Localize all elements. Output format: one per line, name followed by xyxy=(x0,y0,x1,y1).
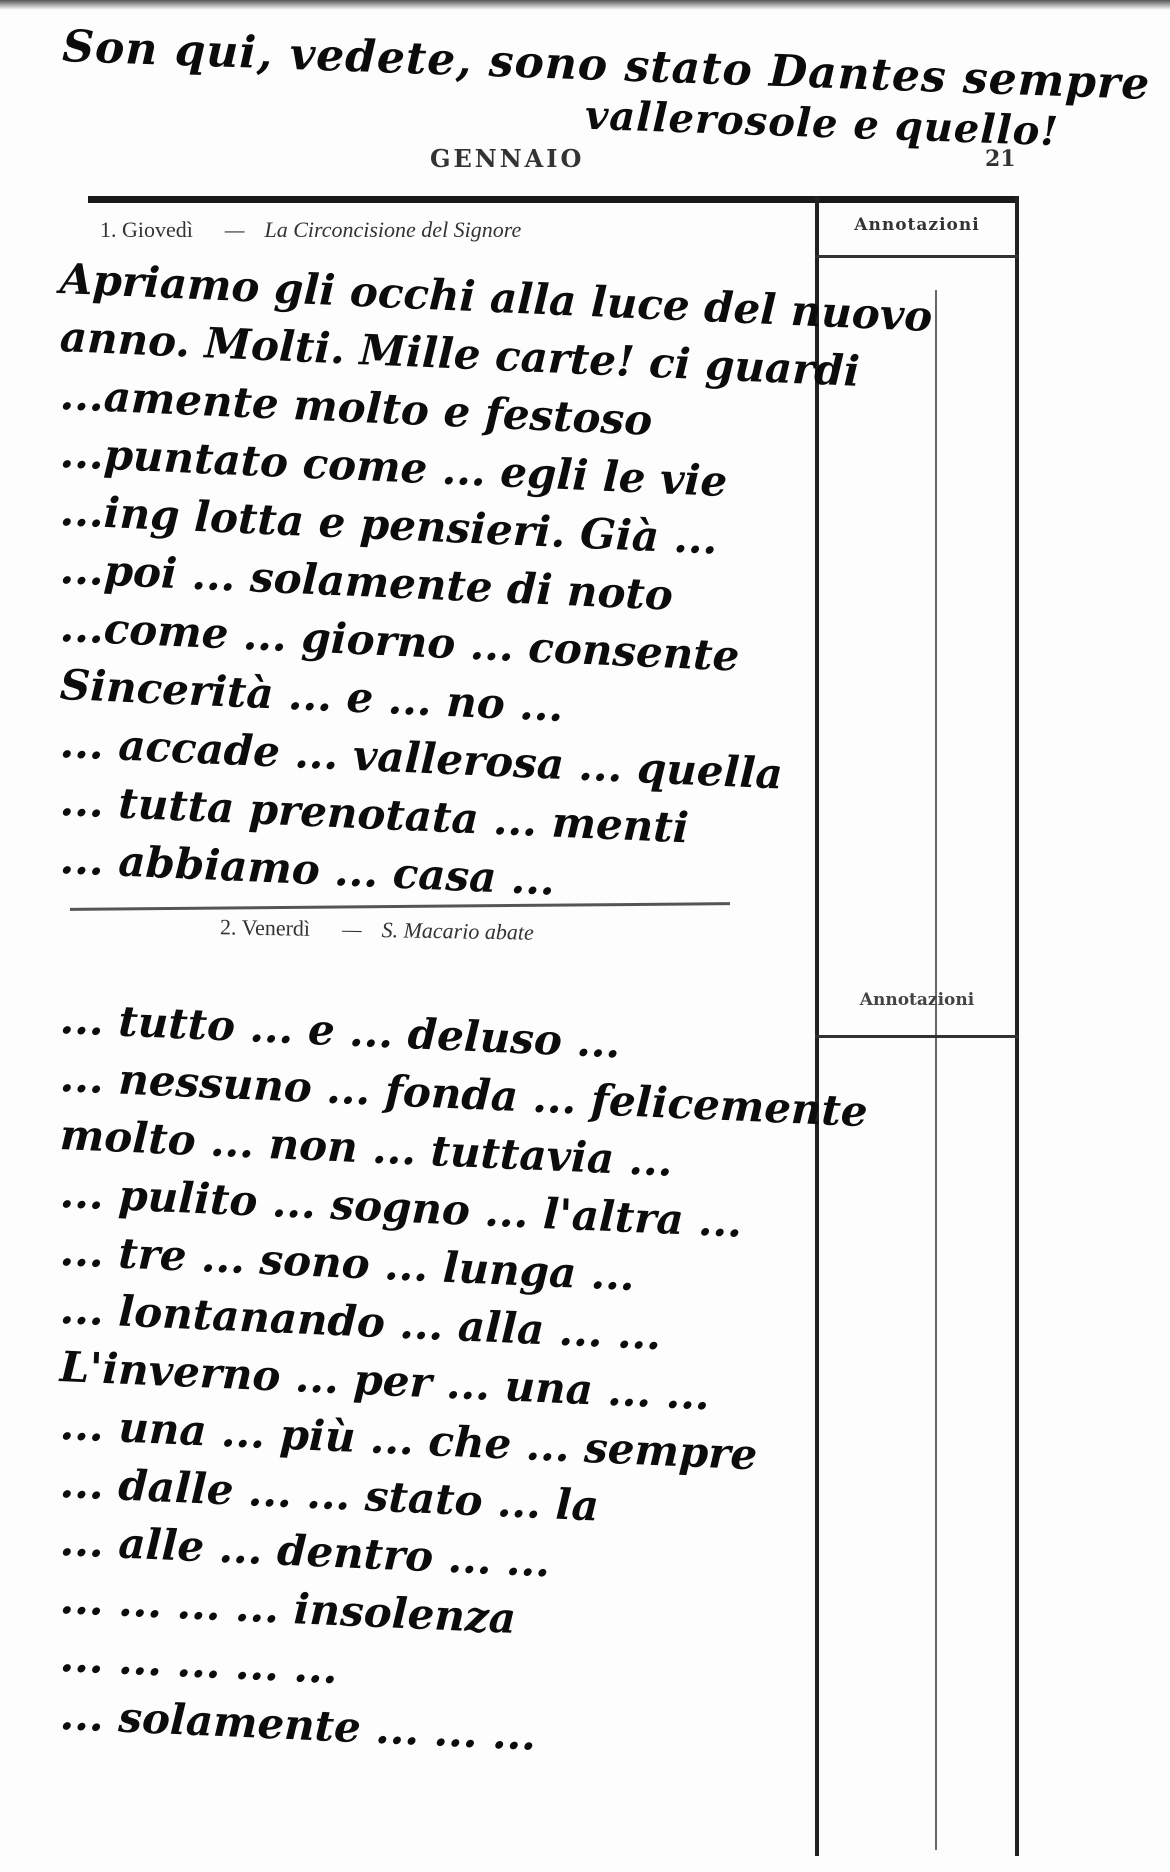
day-header-2: 2. Venerdì — S. Macario abate xyxy=(220,907,534,952)
scan-edge xyxy=(0,0,1170,10)
day-label: 2. Venerdì xyxy=(220,914,310,942)
column-divider-inner xyxy=(935,290,937,1850)
diary-page: Son qui, vedete, sono stato Dantes sempr… xyxy=(0,0,1170,1872)
feast-label: S. Macario abate xyxy=(381,917,534,946)
day-header-1: 1. Giovedì — La Circoncisione del Signor… xyxy=(100,210,521,250)
column-divider-right xyxy=(1015,196,1019,1856)
handwritten-entry-2: ... tutto ... e ... deluso ... ... nessu… xyxy=(60,990,868,1744)
page-number: 21 xyxy=(985,146,1016,172)
feast-label: La Circoncisione del Signore xyxy=(264,217,521,243)
side-column-label-1: Annotazioni xyxy=(822,215,1012,235)
handwritten-entry-1: Apriamo gli occhi alla luce del nuovo an… xyxy=(60,250,933,888)
printed-month-header: GENNAIO xyxy=(430,144,584,173)
day-label: 1. Giovedì xyxy=(100,217,193,243)
